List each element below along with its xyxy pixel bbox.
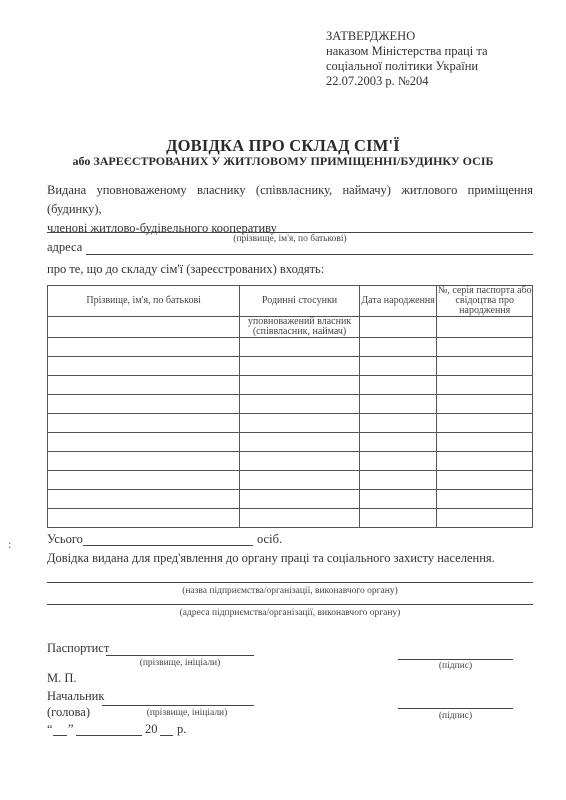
cell-birth-date[interactable] (359, 317, 437, 338)
cell-full-name[interactable] (48, 317, 240, 338)
cell-birth-date[interactable] (359, 376, 437, 395)
cell-birth-date[interactable] (359, 509, 437, 528)
approval-line-3: 22.07.2003 р. №204 (326, 74, 488, 89)
head-name-caption: (прізвище, ініціали) (120, 708, 254, 718)
table-row (48, 376, 533, 395)
cell-full-name[interactable] (48, 433, 240, 452)
cell-document-number[interactable] (437, 338, 533, 357)
cell-document-number[interactable] (437, 395, 533, 414)
passport-officer-name-field[interactable] (106, 655, 254, 656)
cell-birth-date[interactable] (359, 452, 437, 471)
head-signature-field[interactable] (398, 708, 513, 709)
intro-paragraph: Видана уповноваженому власнику (співвлас… (47, 181, 533, 238)
recipient-name-field[interactable] (47, 232, 533, 233)
cell-relationship[interactable] (240, 414, 359, 433)
table-row (48, 471, 533, 490)
date-year-field[interactable] (160, 735, 173, 736)
table-row (48, 490, 533, 509)
cell-full-name[interactable] (48, 509, 240, 528)
header-document-number: №, серія паспорта або свідоцтва про наро… (437, 286, 533, 317)
head-name-field[interactable] (102, 705, 254, 706)
table-row (48, 509, 533, 528)
cell-relationship[interactable] (240, 490, 359, 509)
table-row: уповноважений власник (співвласник, найм… (48, 317, 533, 338)
cell-birth-date[interactable] (359, 490, 437, 509)
passport-officer-signature-field[interactable] (398, 659, 513, 660)
date-suffix: р. (177, 722, 186, 737)
header-birth-date: Дата народження (359, 286, 437, 317)
cell-document-number[interactable] (437, 452, 533, 471)
cell-relationship[interactable] (240, 471, 359, 490)
org-name-field[interactable] (47, 582, 533, 583)
cell-full-name[interactable] (48, 452, 240, 471)
date-open-quote: “ (47, 722, 53, 737)
table-row (48, 357, 533, 376)
cell-document-number[interactable] (437, 317, 533, 338)
cell-document-number[interactable] (437, 490, 533, 509)
cell-birth-date[interactable] (359, 433, 437, 452)
passport-officer-signature-caption: (підпис) (398, 661, 513, 671)
cell-relationship[interactable] (240, 395, 359, 414)
cell-document-number[interactable] (437, 357, 533, 376)
cell-document-number[interactable] (437, 414, 533, 433)
document-subtitle: або ЗАРЕЄСТРОВАНИХ У ЖИТЛОВОМУ ПРИМІЩЕНН… (0, 154, 566, 169)
family-members-table: Прізвище, ім'я, по батькові Родинні стос… (47, 285, 533, 528)
cell-birth-date[interactable] (359, 357, 437, 376)
table-row (48, 452, 533, 471)
approval-block: ЗАТВЕРДЖЕНО наказом Міністерства праці т… (326, 29, 488, 89)
cell-birth-date[interactable] (359, 414, 437, 433)
approval-heading: ЗАТВЕРДЖЕНО (326, 29, 488, 44)
cell-document-number[interactable] (437, 509, 533, 528)
cell-full-name[interactable] (48, 338, 240, 357)
date-close-quote: ” (68, 722, 74, 737)
table-row (48, 338, 533, 357)
cell-relationship[interactable] (240, 338, 359, 357)
org-address-field[interactable] (47, 604, 533, 605)
intro-line-1: Видана уповноваженому власнику (співвлас… (47, 181, 533, 219)
header-relationship: Родинні стосунки (240, 286, 359, 317)
document-title: ДОВІДКА ПРО СКЛАД СІМ'Ї (0, 136, 566, 156)
header-full-name: Прізвище, ім'я, по батькові (48, 286, 240, 317)
margin-mark: : (8, 537, 11, 552)
approval-line-2: соціальної політики України (326, 59, 488, 74)
address-field[interactable] (86, 254, 533, 255)
cell-birth-date[interactable] (359, 395, 437, 414)
head-label: Начальник (47, 689, 104, 704)
org-address-caption: (адреса підприємства/організації, викона… (47, 608, 533, 618)
total-count-field[interactable] (83, 545, 253, 546)
passport-officer-label: Паспортист (47, 641, 109, 656)
date-month-field[interactable] (76, 735, 142, 736)
total-suffix: осіб. (257, 532, 282, 547)
cell-relationship[interactable] (240, 376, 359, 395)
cell-document-number[interactable] (437, 471, 533, 490)
stamp-label: М. П. (47, 671, 77, 686)
address-label: адреса (47, 240, 82, 255)
passport-officer-name-caption: (прізвище, ініціали) (106, 658, 254, 668)
date-day-field[interactable] (53, 735, 67, 736)
cell-relationship[interactable] (240, 433, 359, 452)
table-header-row: Прізвище, ім'я, по батькові Родинні стос… (48, 286, 533, 317)
cell-document-number[interactable] (437, 376, 533, 395)
cell-birth-date[interactable] (359, 471, 437, 490)
cell-relationship[interactable] (240, 452, 359, 471)
recipient-name-caption: (прізвище, ім'я, по батькові) (47, 234, 533, 244)
cell-full-name[interactable] (48, 414, 240, 433)
head-signature-caption: (підпис) (398, 711, 513, 721)
cell-relationship[interactable]: уповноважений власник (співвласник, найм… (240, 317, 359, 338)
cell-relationship[interactable] (240, 357, 359, 376)
cell-full-name[interactable] (48, 395, 240, 414)
cell-full-name[interactable] (48, 357, 240, 376)
cell-birth-date[interactable] (359, 338, 437, 357)
cell-full-name[interactable] (48, 376, 240, 395)
table-row (48, 395, 533, 414)
total-label: Усього (47, 532, 83, 547)
table-row (48, 433, 533, 452)
cell-full-name[interactable] (48, 490, 240, 509)
head-label-alt: (голова) (47, 705, 90, 720)
composition-text: про те, що до складу сім'ї (зареєстрован… (47, 262, 324, 277)
org-name-caption: (назва підприємства/організації, виконав… (47, 586, 533, 596)
date-year-prefix: 20 (145, 722, 158, 737)
table-row (48, 414, 533, 433)
cell-relationship[interactable] (240, 509, 359, 528)
approval-line-1: наказом Міністерства праці та (326, 44, 488, 59)
cell-full-name[interactable] (48, 471, 240, 490)
cell-document-number[interactable] (437, 433, 533, 452)
purpose-text: Довідка видана для пред'явлення до орган… (47, 551, 495, 566)
